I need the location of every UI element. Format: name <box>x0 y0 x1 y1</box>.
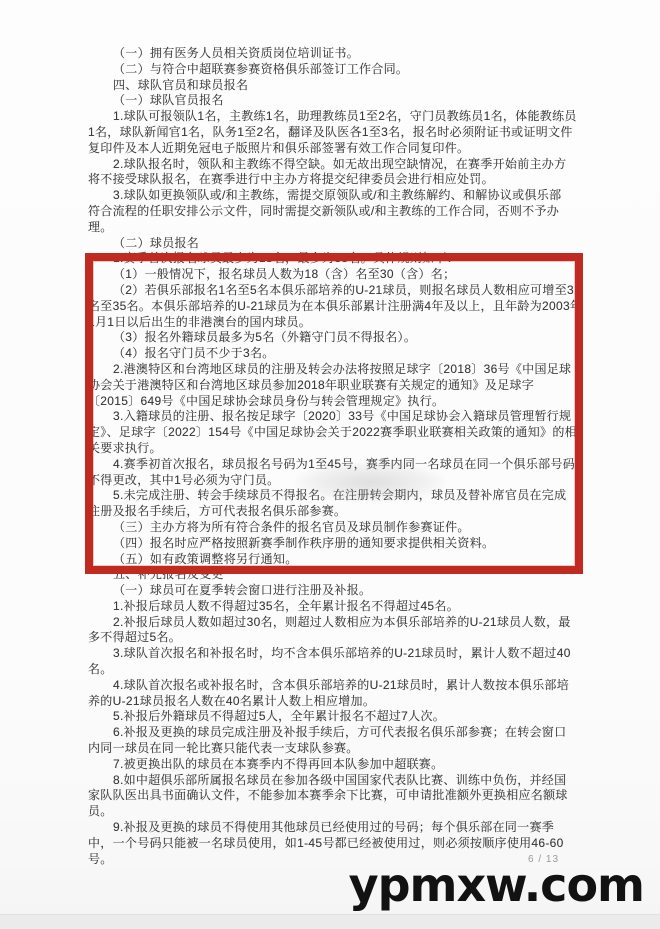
document-line: 3.球队如更换领队或/和主教练，需提交原领队或/和主教练解约、和解协议或俱乐部 <box>88 188 588 204</box>
document-line: 3.球队首次报名和补报名时，均不含本俱乐部培养的U-21球员时，累计人数不超过4… <box>88 646 588 662</box>
document-line: 2.港澳特区和台湾地区球员的注册及转会办法将按照足球字〔2018〕36号《中国足… <box>88 362 588 378</box>
document-line: 4.球队首次报名或补报名时，含本俱乐部培养的U-21球员时，累计人数按本俱乐部培 <box>88 678 588 694</box>
document-line: 6.补报及更换的球员完成注册及补报手续后，方可代表报名俱乐部参赛；在转会窗口 <box>88 725 588 741</box>
document-line: （一）球队官员报名 <box>88 93 588 109</box>
document-line: 7.被更换出队的球员在本赛季内不得再回本队参加中超联赛。 <box>88 757 588 773</box>
document-body: （一）拥有医务人员相关资质岗位培训证书。（二）与符合中超联赛参赛资格俱乐部签订工… <box>88 46 588 867</box>
document-line: 2.球队报名时，领队和主教练不得空缺。如无故出现空缺情况，在赛季开始前主办方 <box>88 157 588 173</box>
site-watermark: ypmxw.com <box>349 862 644 908</box>
document-line: 1月1日以后出生的非港澳台的国内球员。 <box>88 315 588 331</box>
document-line: （一）球员可在夏季转会窗口进行注册及补报。 <box>88 583 588 599</box>
document-line: 将不接受球队报名，在赛季进行中主办方将提交纪律委员会进行相应处罚。 <box>88 172 588 188</box>
document-line: 5.未完成注册、转会手续球员不得报名。在注册转会期内，球员及替补席官员在完成 <box>88 488 588 504</box>
document-line: 注册及报名手续后，方可代表报名俱乐部参赛。 <box>88 504 588 520</box>
document-line: 五、补充报名及变更 <box>88 567 588 583</box>
document-line: （4）报名守门员不少于3名。 <box>88 346 588 362</box>
document-line: （2）若俱乐部报名1名至5名本俱乐部培养的U-21球员，则报名球员人数相应可增至… <box>88 283 588 299</box>
document-line: （二）球员报名 <box>88 236 588 252</box>
bottom-edge-strip <box>0 914 660 929</box>
document-line: 四、球队官员和球员报名 <box>88 78 588 94</box>
document-line: 符合流程的任职安排公示文件，同时需提交新领队或/和主教练的工作合同，否则不予办 <box>88 204 588 220</box>
document-line: 养的U-21球员报名人数在40名累计人数上相应增加。 <box>88 694 588 710</box>
document-line: 2.补报后球员人数如超过30名，则超过人数相应为本俱乐部培养的U-21球员人数，… <box>88 615 588 631</box>
document-line: （3）报名外籍球员最多为5名（外籍守门员不得报名）。 <box>88 330 588 346</box>
document-line: 多不得超过5名。 <box>88 630 588 646</box>
document-line: （一）拥有医务人员相关资质岗位培训证书。 <box>88 46 588 62</box>
document-line: 3.入籍球员的注册、报名按足球字〔2020〕33号《中国足球协会入籍球员管理暂行… <box>88 409 588 425</box>
document-line: 名至35名。本俱乐部培养的U-21球员为在本俱乐部累计注册满4年及以上，且年龄为… <box>88 299 588 315</box>
document-line: 〔2015〕649号《中国足球协会球员身份与转会管理规定》执行。 <box>88 394 588 410</box>
document-line: 员。 <box>88 804 588 820</box>
document-line: 1名，球队新闻官1名，队务1至2名，翻译及队医各1至3名，报名时必须附证书或证明… <box>88 125 588 141</box>
document-line: 协会关于港澳特区和台湾地区球员参加2018年职业联赛有关规定的通知》及足球字 <box>88 378 588 394</box>
document-line: 内同一球员在同一轮比赛只能代表一支球队参赛。 <box>88 741 588 757</box>
document-line: 1.补报后球员人数不得超过35名，全年累计报名不得超过45名。 <box>88 599 588 615</box>
document-line: 1.赛季首次报名球员最少为18名，最多为35名。具体规则如下： <box>88 251 588 267</box>
document-line: （三）主办方将为所有符合条件的报名官员及球员制作参赛证件。 <box>88 520 588 536</box>
document-line: （二）与符合中超联赛参赛资格俱乐部签订工作合同。 <box>88 62 588 78</box>
document-line: 理。 <box>88 220 588 236</box>
document-line: 8.如中超俱乐部所属报名球员在参加各级中国国家代表队比赛、训练中负伤，并经国 <box>88 773 588 789</box>
document-line: （四）报名时应严格按照新赛季制作秩序册的通知要求提供相关资料。 <box>88 536 588 552</box>
document-line: 不得更改，其中1号必须为守门员。 <box>88 473 588 489</box>
document-line: 4.赛季初首次报名，球员报名号码为1至45号，赛季内同一名球员在同一个俱乐部号码 <box>88 457 588 473</box>
document-line: 5.补报后外籍球员不得超过5人，全年累计报名不超过7人次。 <box>88 709 588 725</box>
document-page: （一）拥有医务人员相关资质岗位培训证书。（二）与符合中超联赛参赛资格俱乐部签订工… <box>0 0 660 929</box>
document-line: 9.补报及更换的球员不得使用其他球员已经使用过的号码；每个俱乐部在同一赛季 <box>88 820 588 836</box>
document-line: 1.球队可报领队1名，主教练1名，助理教练员1至2名，守门员教练员1名，体能教练… <box>88 109 588 125</box>
document-line: 关要求执行。 <box>88 441 588 457</box>
document-line: 家队队医出具书面确认文件，不能参加本赛季余下比赛，可申请批准额外更换相应名额球 <box>88 788 588 804</box>
document-line: 中，一个号码只能被一名球员使用，如1-45号都已经被使用过，则必须按顺序使用46… <box>88 836 588 852</box>
document-line: （1）一般情况下，报名球员人数为18（含）名至30（含）名； <box>88 267 588 283</box>
document-line: 名。 <box>88 662 588 678</box>
document-line: 复印件及本人近期免冠电子版照片和俱乐部签署有效工作合同复印件。 <box>88 141 588 157</box>
document-line: 定》、足球字〔2022〕154号《中国足球协会关于2022赛季职业联赛相关政策的… <box>88 425 588 441</box>
document-line: （五）如有政策调整将另行通知。 <box>88 552 588 568</box>
